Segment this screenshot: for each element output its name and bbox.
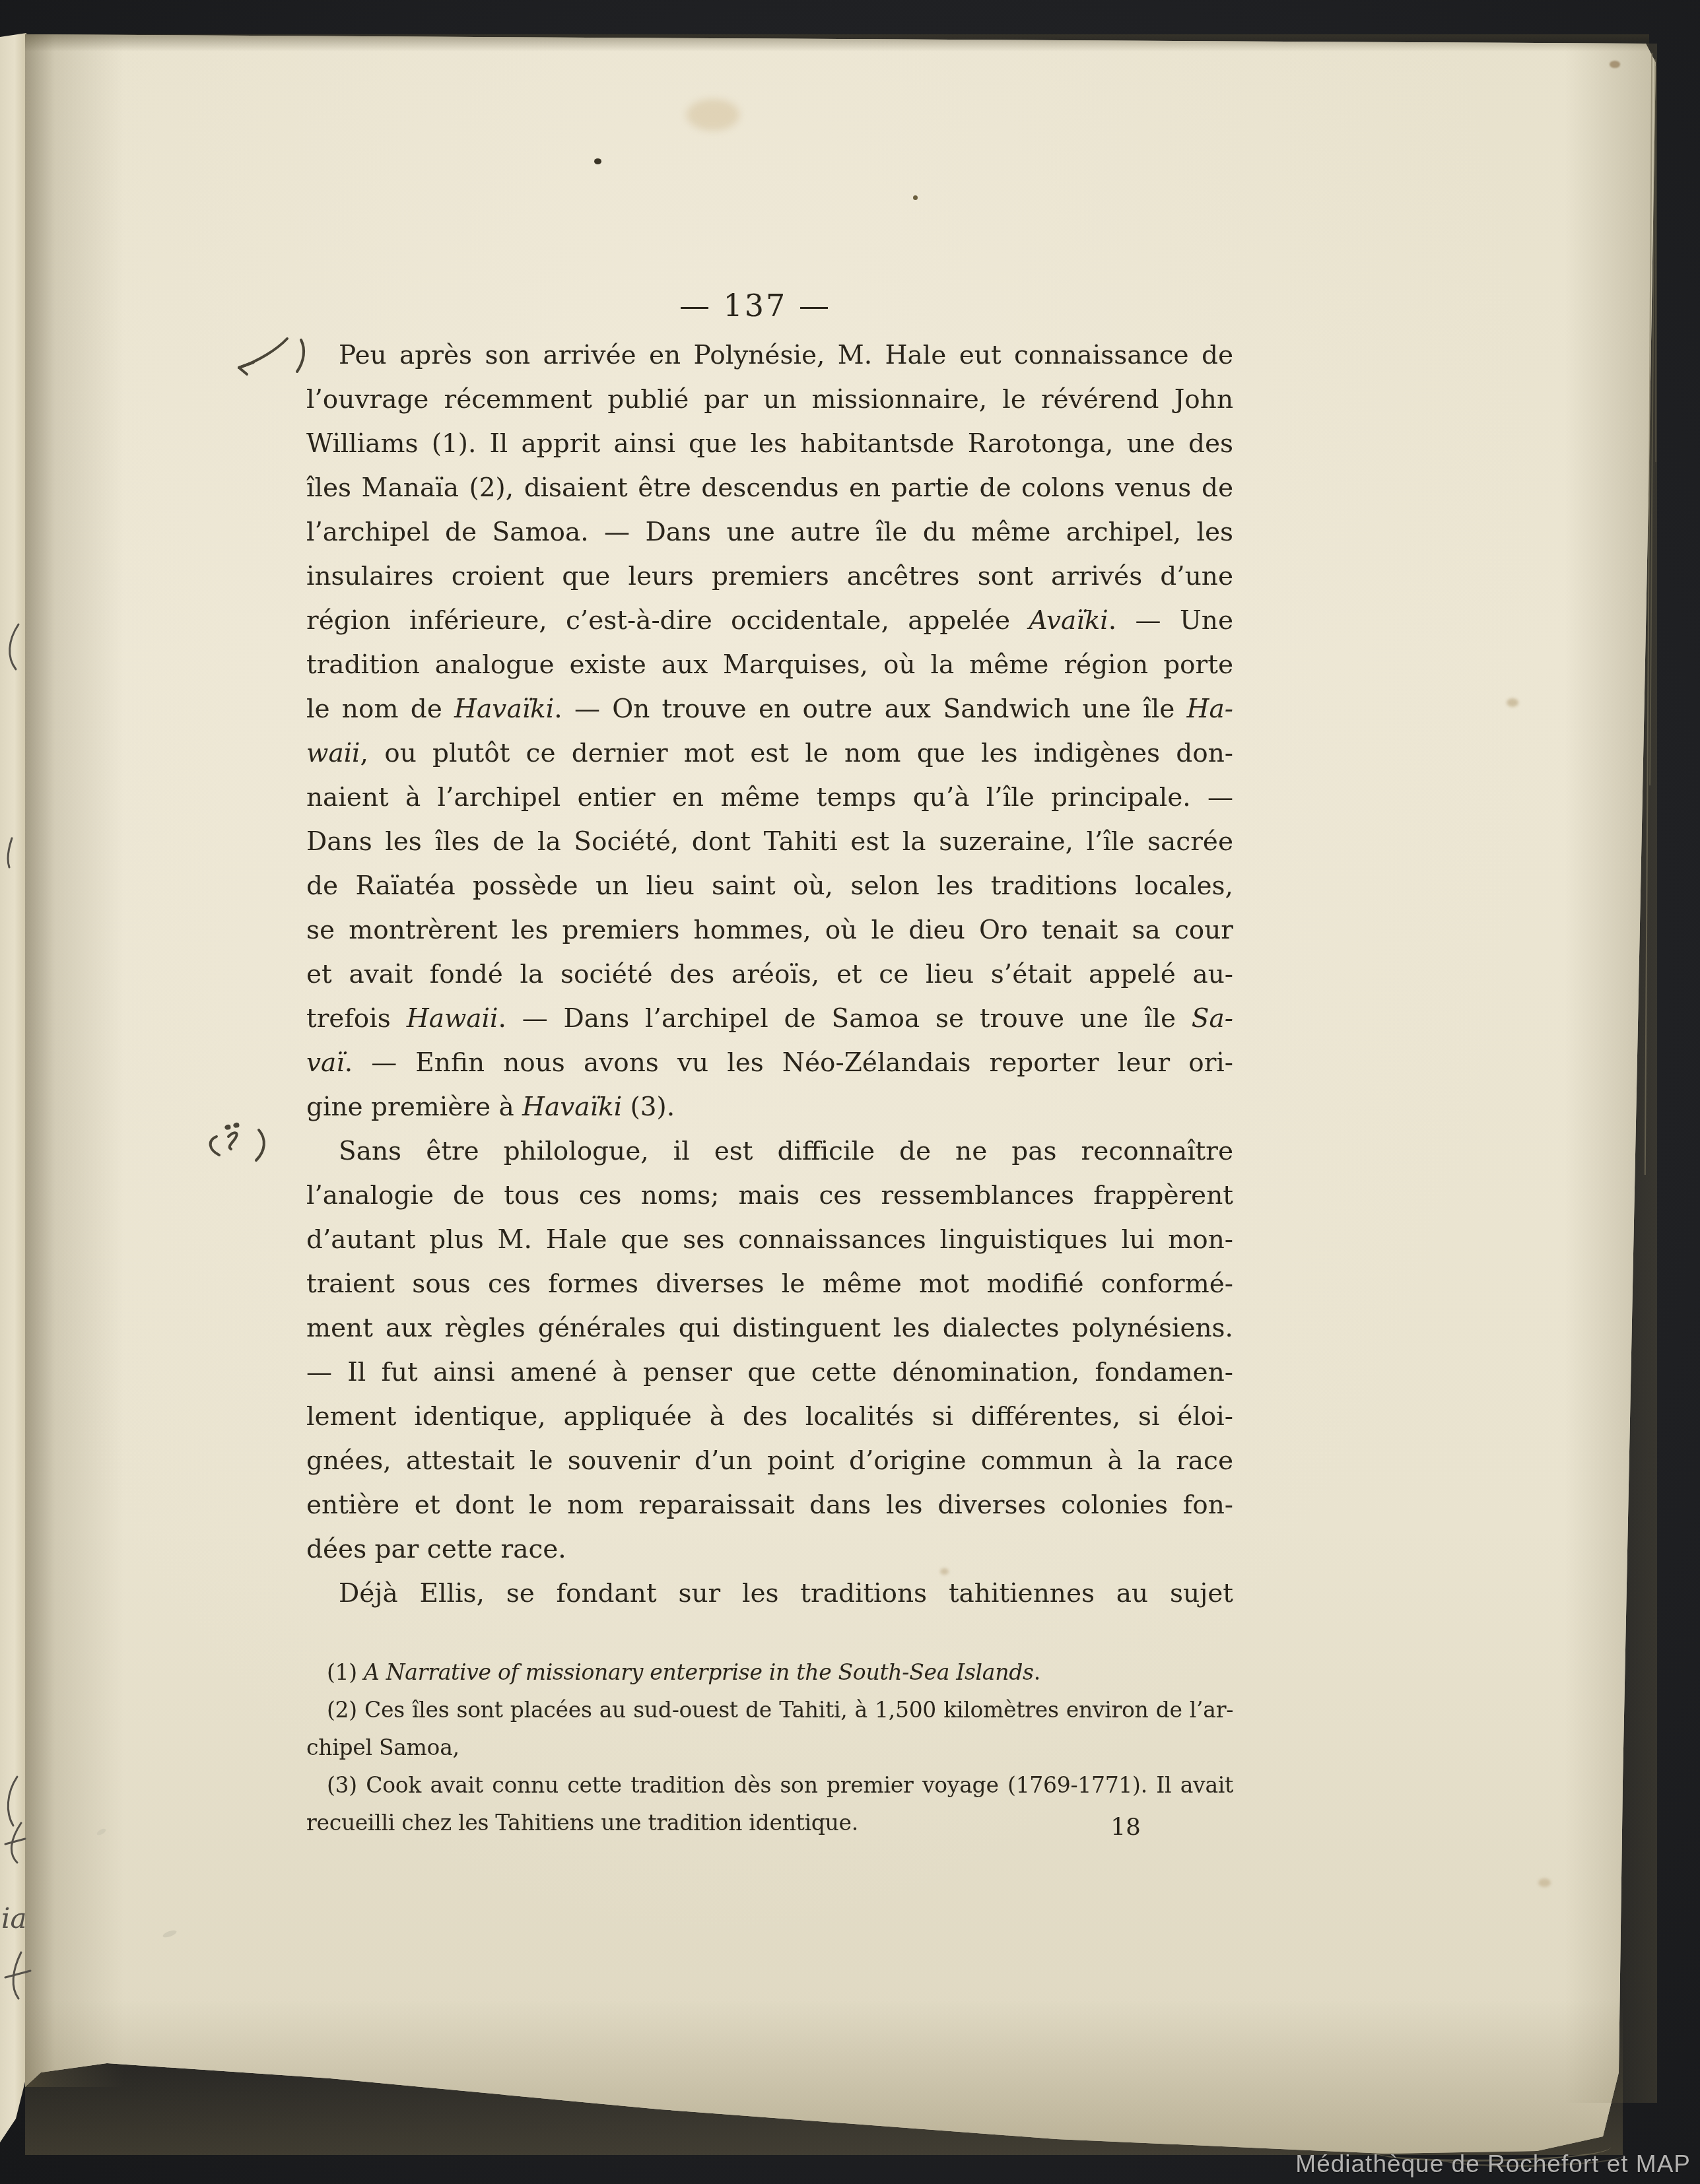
text-line: ment aux règles générales qui distinguen… (306, 1306, 1233, 1350)
text-line: vaï. — Enfin nous avons vu les Néo-Zélan… (306, 1041, 1233, 1085)
page-right-edge (1565, 44, 1657, 2103)
text-line: l’ouvrage récemment publié par un missio… (306, 378, 1233, 422)
paper-speck (1610, 61, 1620, 68)
text-line: traient sous ces formes diverses le même… (306, 1262, 1233, 1306)
gutter-shadow (25, 34, 124, 2087)
text-line: gnées, attestait le souvenir d’un point … (306, 1439, 1233, 1483)
text-line: d’autant plus M. Hale que ses connaissan… (306, 1218, 1233, 1262)
text-line: waii, ou plutôt ce dernier mot est le no… (306, 731, 1233, 776)
book-scan: — 137 — Peu après son arrivée en Polynés… (0, 0, 1700, 2184)
text-line: région inférieure, c’est-à-dire occident… (306, 599, 1233, 643)
body-text: Peu après son arrivée en Polynésie, M. H… (306, 333, 1233, 1616)
footnote-line: (3) Cook avait connu cette tradition dès… (306, 1766, 1233, 1804)
paper-speck (594, 158, 601, 164)
footnote-line: (2) Ces îles sont placées au sud-ouest d… (306, 1691, 1233, 1729)
text-line: l’analogie de tous ces noms; mais ces re… (306, 1174, 1233, 1218)
text-line: naient à l’archipel entier en même temps… (306, 776, 1233, 820)
paper-speck (1507, 698, 1518, 707)
handwriting-fragment (0, 1948, 33, 2004)
pen-arrow-mark (224, 333, 310, 381)
paper-stain (687, 99, 739, 131)
text-line: de Raïatéa possède un lieu saint où, sel… (306, 864, 1233, 908)
text-line: lement identique, appliquée à des locali… (306, 1395, 1233, 1439)
footnote-line: chipel Samoa, (306, 1729, 1233, 1766)
text-line: insulaires croient que leurs premiers an… (306, 554, 1233, 599)
page-bottom-edge (25, 2000, 1623, 2155)
handwriting-fragment (1, 620, 24, 673)
text-line: Sans être philologue, il est difficile d… (306, 1129, 1233, 1174)
text-line: Williams (1). Il apprit ainsi que les ha… (306, 422, 1233, 466)
handwriting-fragment: ia (1, 1902, 26, 1935)
footnote-line: (1) A Narrative of missionary enterprise… (306, 1653, 1233, 1691)
printer-signature: 18 (306, 1814, 1233, 1841)
paper-speck (913, 195, 918, 200)
text-line: l’archipel de Samoa. — Dans une autre îl… (306, 510, 1233, 554)
paper-speck (1538, 1878, 1551, 1887)
archive-watermark: Médiathèque de Rochefort et MAP (1295, 2150, 1691, 2178)
text-line: Peu après son arrivée en Polynésie, M. H… (306, 333, 1233, 378)
text-line: dées par cette race. (306, 1527, 1233, 1572)
text-line: gine première à Havaïki (3). (306, 1085, 1233, 1129)
handwriting-fragment (0, 833, 20, 873)
text-line: Dans les îles de la Société, dont Tahiti… (306, 820, 1233, 864)
text-line: — Il fut ainsi amené à penser que cette … (306, 1350, 1233, 1395)
text-line: se montrèrent les premiers hommes, où le… (306, 908, 1233, 952)
text-line: le nom de Havaïki. — On trouve en outre … (306, 687, 1233, 731)
text-line: îles Manaïa (2), disaient être descendus… (306, 466, 1233, 510)
text-line: entière et dont le nom reparaissait dans… (306, 1483, 1233, 1527)
page-number: — 137 — (292, 288, 1219, 323)
page-top-edge (25, 34, 1649, 51)
page-stack-edge (1655, 66, 1656, 462)
text-line: Déjà Ellis, se fondant sur les tradition… (306, 1572, 1233, 1616)
paper-speck (940, 1568, 949, 1575)
handwriting-fragment (0, 1819, 29, 1868)
text-line: et avait fondé la société des aréoïs, et… (306, 952, 1233, 997)
text-line: trefois Hawaii. — Dans l’archipel de Sam… (306, 997, 1233, 1041)
pen-c2-mark (198, 1119, 274, 1167)
text-line: tradition analogue existe aux Marquises,… (306, 643, 1233, 687)
